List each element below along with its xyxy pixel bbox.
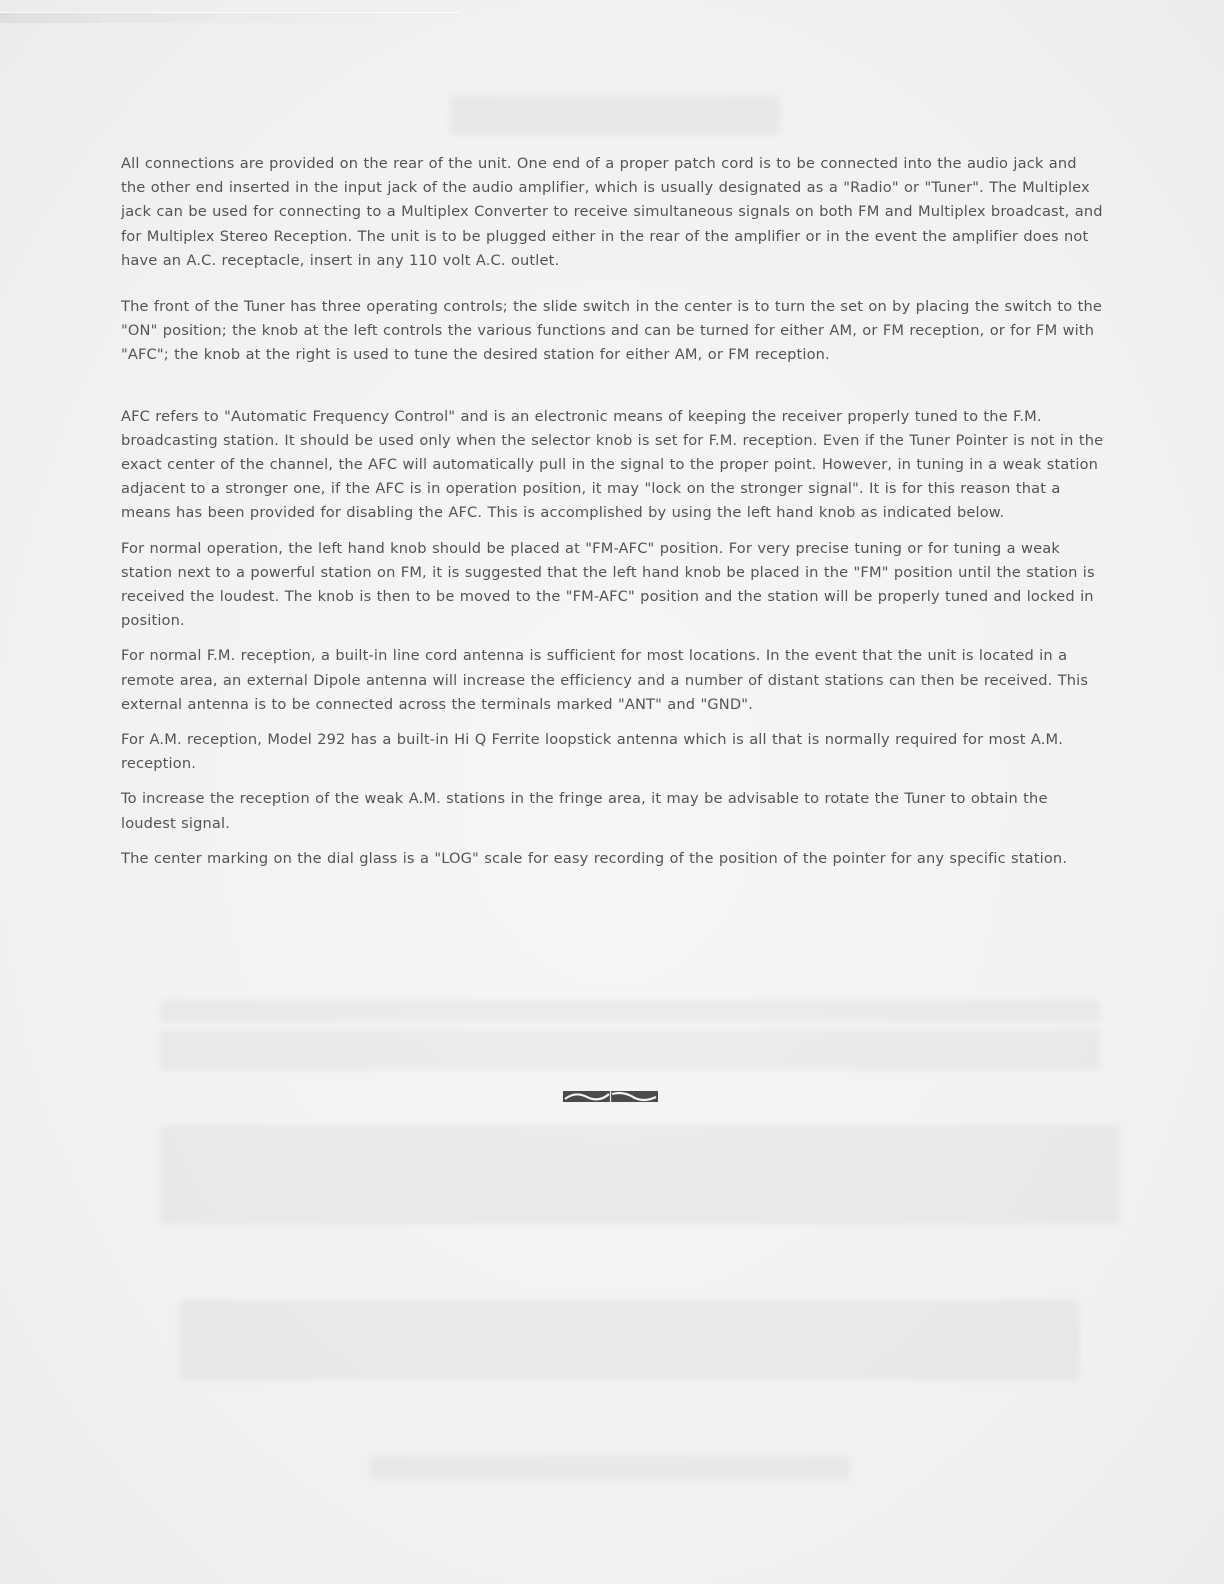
bleed-through-block xyxy=(370,1455,850,1480)
paragraph-connections: All connections are provided on the rear… xyxy=(121,152,1105,273)
bleed-through-block xyxy=(160,1125,1120,1225)
bleed-through-block xyxy=(160,1000,1100,1022)
paragraph-log-scale: The center marking on the dial glass is … xyxy=(121,847,1105,871)
bleed-through-block xyxy=(180,1300,1080,1380)
paragraph-front-controls: The front of the Tuner has three operati… xyxy=(121,295,1105,368)
scanned-page: All connections are provided on the rear… xyxy=(0,0,1224,1584)
bleed-through-block xyxy=(450,95,780,135)
paragraph-afc-description: AFC refers to "Automatic Frequency Contr… xyxy=(121,405,1105,526)
paragraph-am-antenna: For A.M. reception, Model 292 has a buil… xyxy=(121,728,1105,776)
wave-divider-icon xyxy=(563,1089,658,1103)
page-fold-edge xyxy=(0,12,460,23)
paragraph-normal-operation: For normal operation, the left hand knob… xyxy=(121,537,1105,634)
paragraph-fm-antenna: For normal F.M. reception, a built-in li… xyxy=(121,644,1105,717)
instructions-body: All connections are provided on the rear… xyxy=(121,152,1105,871)
paragraph-weak-am: To increase the reception of the weak A.… xyxy=(121,787,1105,835)
bleed-through-block xyxy=(160,1030,1100,1070)
